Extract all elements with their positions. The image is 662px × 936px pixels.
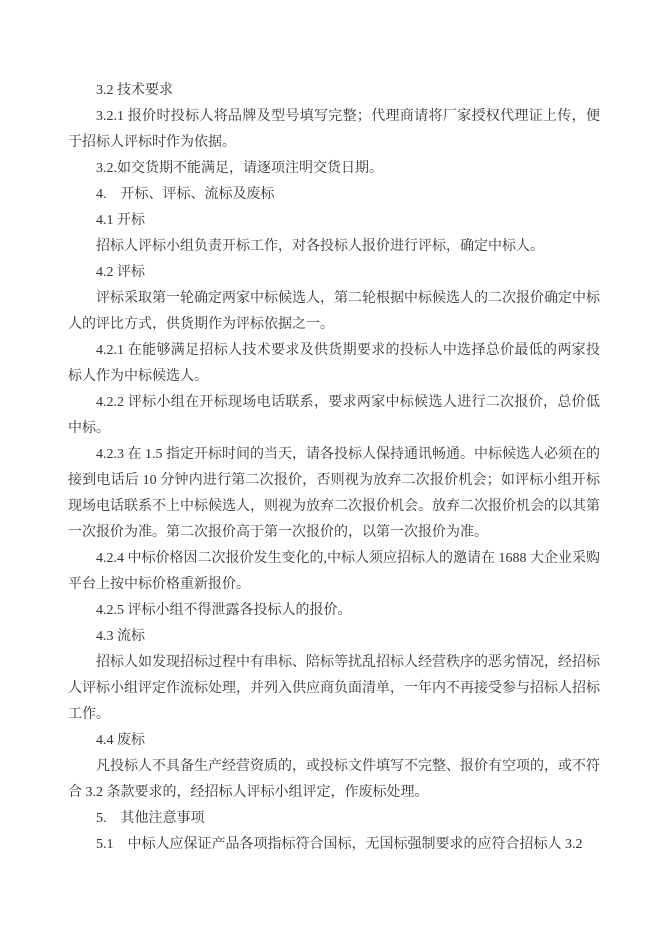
- para-4-3-body: 招标人如发现招标过程中有串标、陪标等扰乱招标人经营秩序的恶劣情况，经招标人评标小…: [68, 650, 600, 728]
- para-4-2-1: 4.2.1 在能够满足招标人技术要求及供货期要求的投标人中选择总价最低的两家投标…: [68, 338, 600, 390]
- heading-4-4: 4.4 废标: [68, 728, 600, 754]
- para-4-2-4: 4.2.4 中标价格因二次报价发生变化的,中标人须应招标人的邀请在 1688 大…: [68, 546, 600, 598]
- heading-5: 5. 其他注意事项: [68, 806, 600, 832]
- para-3-2-2: 3.2.如交货期不能满足，请逐项注明交货日期。: [68, 156, 600, 182]
- heading-3-2: 3.2 技术要求: [68, 78, 600, 104]
- para-4-2-2: 4.2.2 评标小组在开标现场电话联系，要求两家中标候选人进行二次报价，总价低中…: [68, 390, 600, 442]
- para-4-4-body: 凡投标人不具备生产经营资质的，或投标文件填写不完整、报价有空项的，或不符合 3.…: [68, 754, 600, 806]
- para-4-2-5: 4.2.5 评标小组不得泄露各投标人的报价。: [68, 598, 600, 624]
- document-page: 3.2 技术要求 3.2.1 报价时投标人将品牌及型号填写完整；代理商请将厂家授…: [0, 0, 662, 936]
- heading-4: 4. 开标、评标、流标及废标: [68, 182, 600, 208]
- para-3-2-1: 3.2.1 报价时投标人将品牌及型号填写完整；代理商请将厂家授权代理证上传，便于…: [68, 104, 600, 156]
- para-4-2-3: 4.2.3 在 1.5 指定开标时间的当天，请各投标人保持通讯畅通。中标候选人必…: [68, 442, 600, 546]
- para-4-2-intro: 评标采取第一轮确定两家中标候选人，第二轮根据中标候选人的二次报价确定中标人的评比…: [68, 286, 600, 338]
- heading-4-1: 4.1 开标: [68, 208, 600, 234]
- heading-4-3: 4.3 流标: [68, 624, 600, 650]
- para-4-1-body: 招标人评标小组负责开标工作，对各投标人报价进行评标，确定中标人。: [68, 234, 600, 260]
- heading-4-2: 4.2 评标: [68, 260, 600, 286]
- para-5-1: 5.1 中标人应保证产品各项指标符合国标，无国标强制要求的应符合招标人 3.2: [68, 832, 600, 858]
